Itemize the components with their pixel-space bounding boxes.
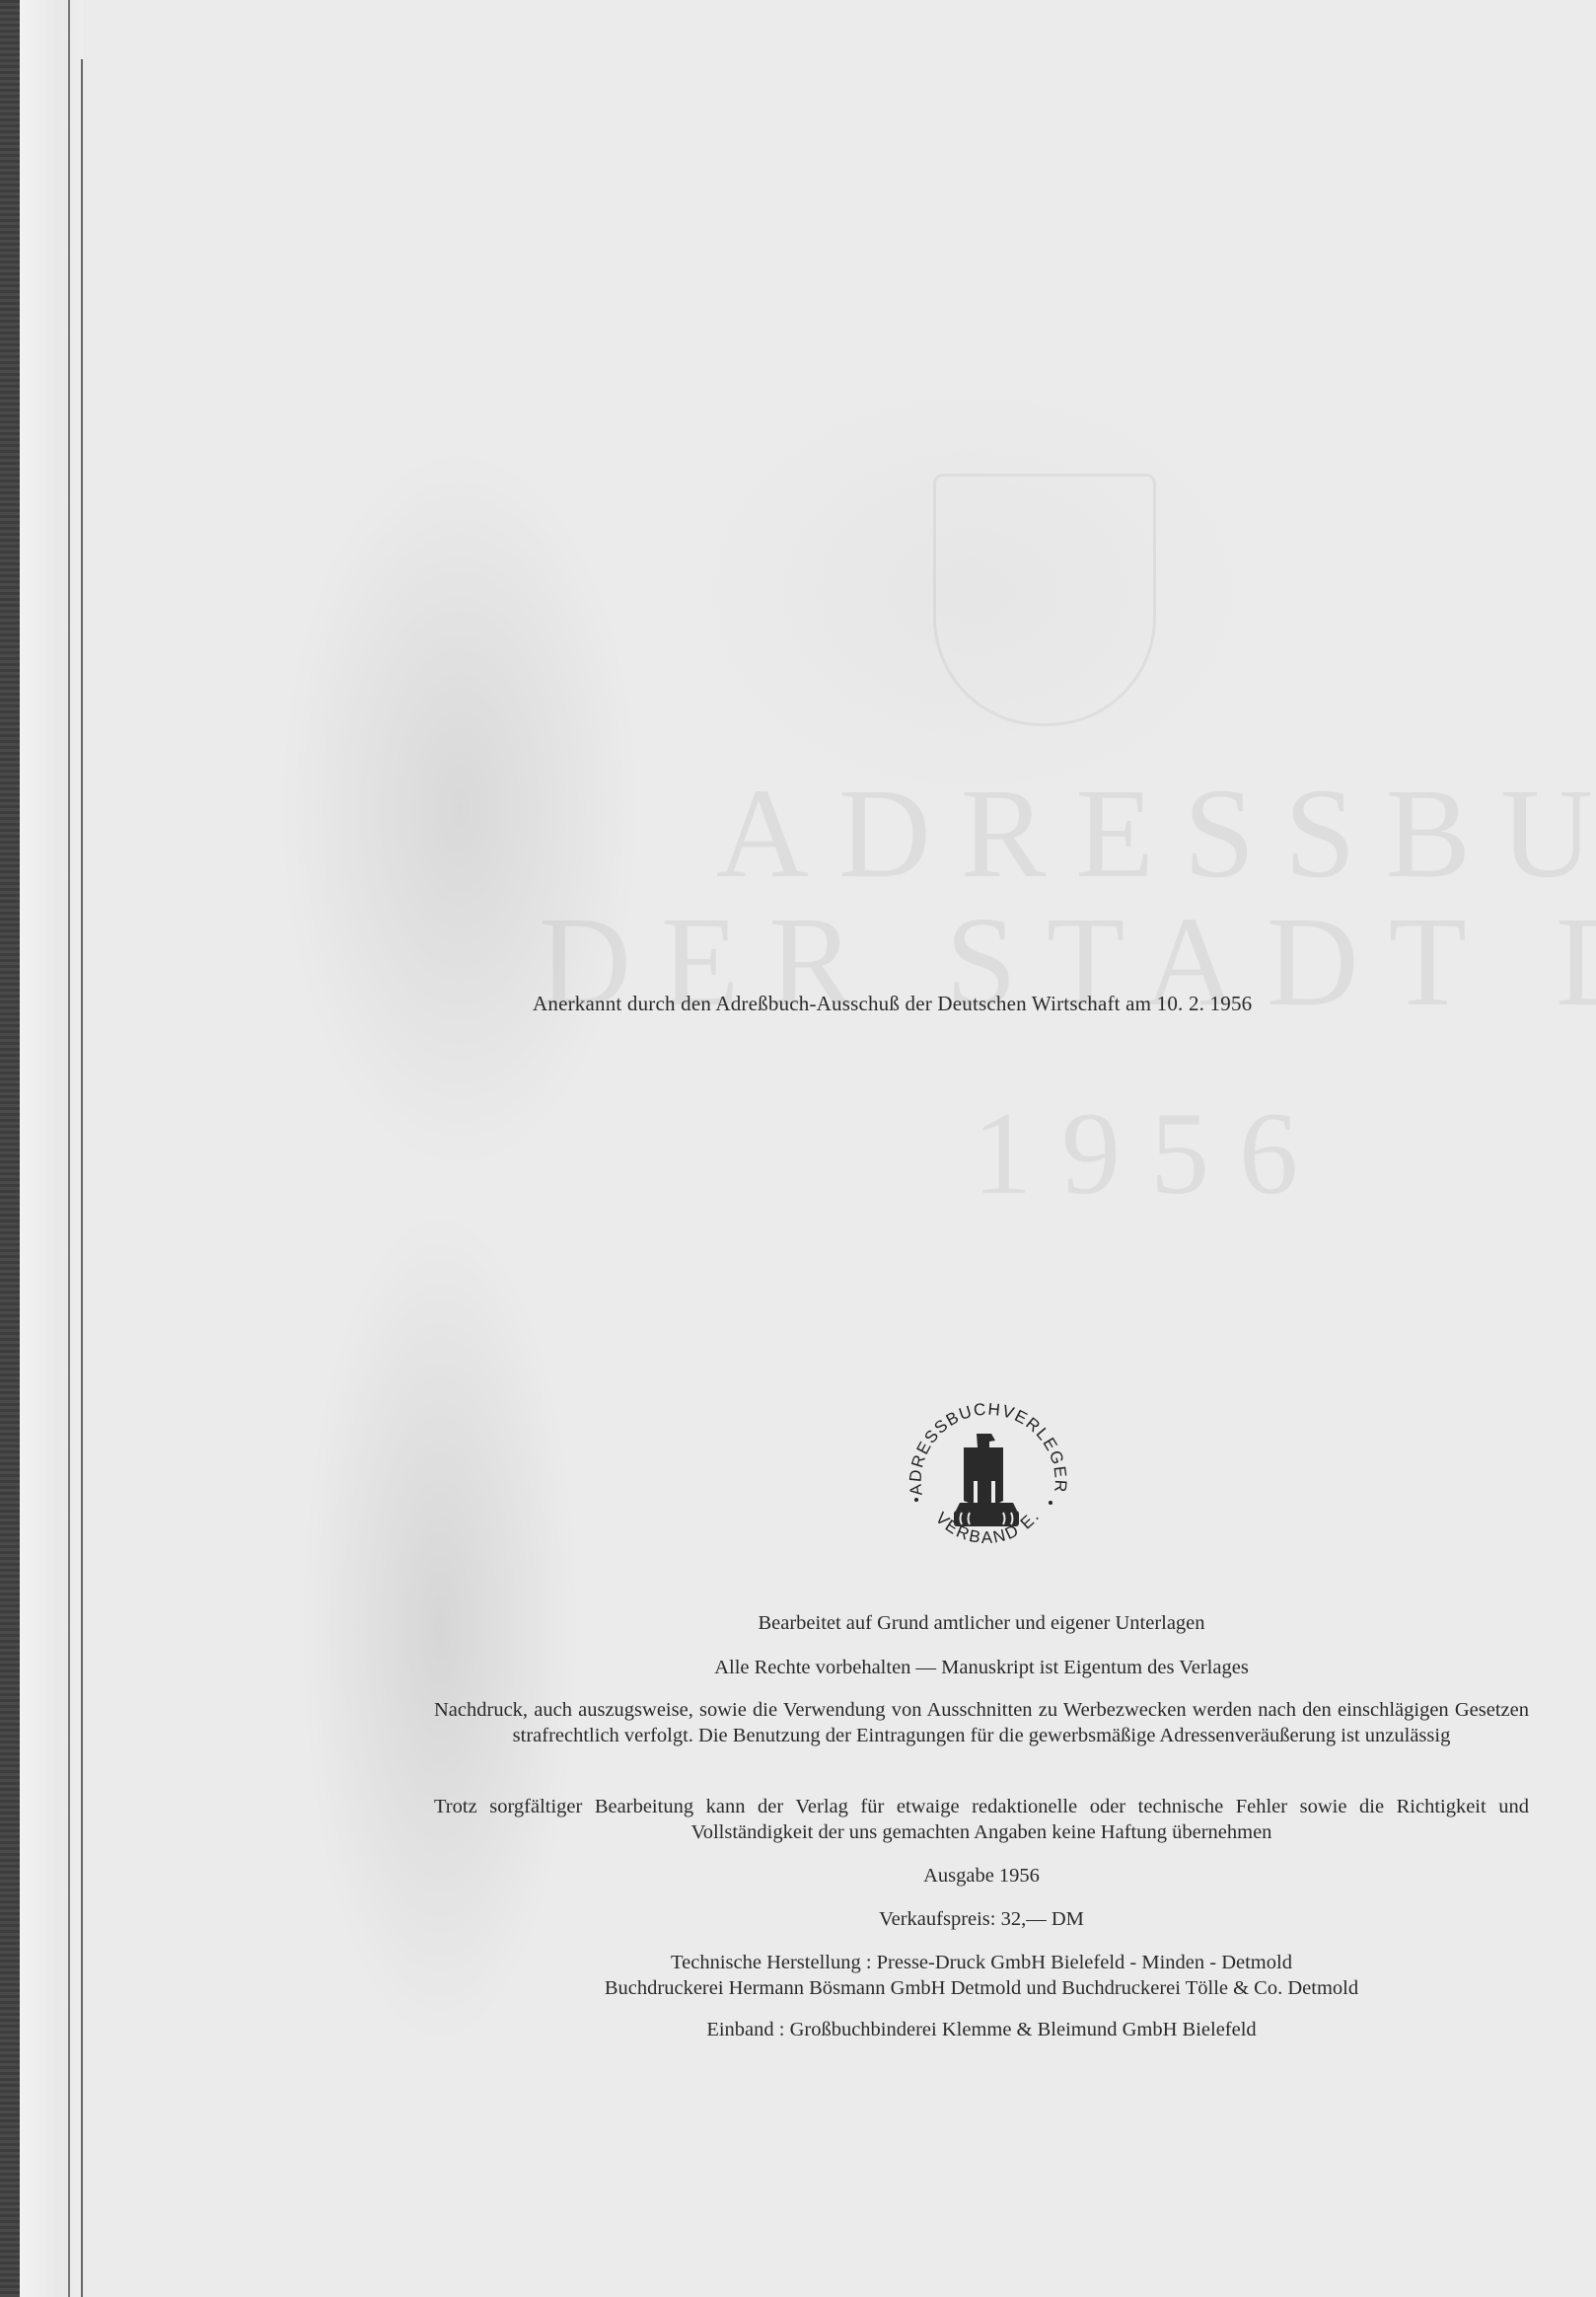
imprint-production-line2: Buchdruckerei Hermann Bösmann GmbH Detmo… (434, 1975, 1529, 2001)
imprint-edition: Ausgabe 1956 (434, 1863, 1529, 1889)
book-spine-binding (0, 0, 20, 2297)
recognition-notice: Anerkannt durch den Adreßbuch-Ausschuß d… (533, 992, 1401, 1016)
imprint-production: Technische Herstellung : Presse-Druck Gm… (434, 1950, 1529, 2001)
binding-edge-line (68, 0, 70, 2297)
binding-edge-line (81, 59, 83, 2297)
show-through-text: ADRESSBUCH (716, 760, 1596, 908)
imprint-price: Verkaufspreis: 32,— DM (434, 1906, 1529, 1932)
show-through-crest (933, 474, 1156, 726)
imprint-binding: Einband : Großbuchbinderei Klemme & Blei… (434, 2017, 1529, 2042)
imprint-rights: Alle Rechte vorbehalten — Manuskript ist… (434, 1655, 1529, 1680)
show-through-text: 1956 (973, 1085, 1328, 1222)
publisher-association-emblem: ADRESSBUCHVERLEGER VERBAND E.V. (893, 1386, 1080, 1574)
imprint-basis: Bearbeitet auf Grund amtlicher und eigen… (434, 1610, 1529, 1636)
imprint-production-line1: Technische Herstellung : Presse-Druck Gm… (434, 1950, 1529, 1975)
eagle-emblem-icon (954, 1434, 1019, 1526)
imprint-liability-notice: Trotz sorgfältiger Bearbeitung kann der … (434, 1794, 1529, 1845)
binding-strip (20, 0, 84, 2297)
imprint-reproduction-notice: Nachdruck, auch auszugsweise, sowie die … (434, 1697, 1529, 1748)
